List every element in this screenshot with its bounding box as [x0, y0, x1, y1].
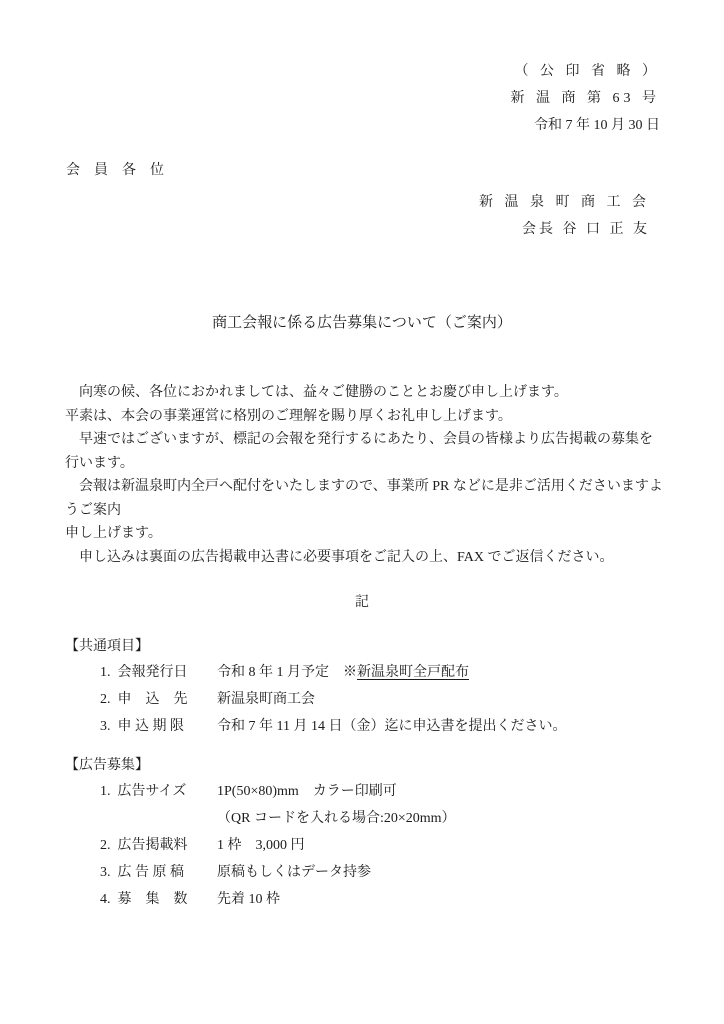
- body-text: 向寒の候、各位におかれましては、益々ご健勝のこととお慶び申し上げます。 平素は、…: [0, 381, 724, 569]
- list-item: 4.募 集 数 先着 10 枠: [0, 886, 724, 913]
- document-page: （ 公 印 省 略 ） 新 温 商 第 63 号 令和 7 年 10 月 30 …: [0, 0, 724, 1024]
- item-number: 3.: [100, 719, 111, 734]
- underlined-note: 新温泉町全戸配布: [357, 665, 469, 680]
- item-label: 申 込 先: [118, 692, 188, 707]
- body-line: 申し込みは裏面の広告掲載申込書に必要事項をご記入の上、FAX でご返信ください。: [65, 546, 664, 570]
- document-header: （ 公 印 省 略 ） 新 温 商 第 63 号 令和 7 年 10 月 30 …: [0, 58, 724, 139]
- body-line: 会報は新温泉町内全戸へ配付をいたしますので、事業所 PR などに是非ご活用くださ…: [65, 475, 664, 522]
- item-label: 広告サイズ: [118, 784, 187, 799]
- list-item-continuation: （QR コードを入れる場合:20×20mm）: [0, 805, 724, 832]
- sender-president: 会長 谷 口 正 友: [0, 216, 650, 243]
- item-label: 募 集 数: [118, 892, 188, 907]
- list-item: 2.申 込 先 新温泉町商工会: [0, 686, 724, 713]
- list-item: 3.広 告 原 稿 原稿もしくはデータ持参: [0, 859, 724, 886]
- section-heading: 【共通項目】: [0, 635, 724, 659]
- seal-omitted-note: （ 公 印 省 略 ）: [0, 58, 660, 85]
- list-item: 1.会報発行日 令和 8 年 1 月予定 ※新温泉町全戸配布: [0, 659, 724, 686]
- item-number: 1.: [100, 665, 111, 680]
- section-heading: 【広告募集】: [0, 754, 724, 778]
- body-line: 申し上げます。: [65, 522, 664, 546]
- item-number: 3.: [100, 865, 111, 880]
- document-title: 商工会報に係る広告募集について（ご案内）: [0, 313, 724, 333]
- item-value: 先着 10 枠: [217, 886, 724, 913]
- list-item: 1.広告サイズ 1P(50×80)mm カラー印刷可: [0, 778, 724, 805]
- section-common-items: 【共通項目】 1.会報発行日 令和 8 年 1 月予定 ※新温泉町全戸配布 2.…: [0, 635, 724, 740]
- record-mark: 記: [0, 591, 724, 615]
- item-number: 2.: [100, 692, 111, 707]
- item-value: 1 枠 3,000 円: [217, 832, 724, 859]
- item-value: 新温泉町商工会: [217, 686, 724, 713]
- item-number: 4.: [100, 892, 111, 907]
- body-line: 向寒の候、各位におかれましては、益々ご健勝のこととお慶び申し上げます。: [65, 381, 664, 405]
- item-number: 1.: [100, 784, 111, 799]
- list-item: 2.広告掲載料 1 枠 3,000 円: [0, 832, 724, 859]
- body-line: 平素は、本会の事業運営に格別のご理解を賜り厚くお礼申し上げます。: [65, 405, 664, 429]
- item-label: 申 込 期 限: [118, 719, 185, 734]
- section-ad-recruitment: 【広告募集】 1.広告サイズ 1P(50×80)mm カラー印刷可 （QR コー…: [0, 754, 724, 913]
- item-value: 令和 8 年 1 月予定 ※新温泉町全戸配布: [217, 659, 724, 686]
- item-value: 1P(50×80)mm カラー印刷可: [217, 778, 724, 805]
- sender-block: 新 温 泉 町 商 工 会 会長 谷 口 正 友: [0, 189, 724, 243]
- item-label: 会報発行日: [118, 665, 188, 680]
- item-label: 広告掲載料: [118, 838, 188, 853]
- list-item: 3.申 込 期 限 令和 7 年 11 月 14 日（金）迄に申込書を提出くださ…: [0, 713, 724, 740]
- item-number: 2.: [100, 838, 111, 853]
- item-label: 広 告 原 稿: [118, 865, 185, 880]
- item-value-line2: （QR コードを入れる場合:20×20mm）: [217, 805, 724, 832]
- recipient-line: 会 員 各 位: [0, 161, 724, 181]
- sender-organization: 新 温 泉 町 商 工 会: [0, 189, 650, 216]
- item-value: 原稿もしくはデータ持参: [217, 859, 724, 886]
- document-date: 令和 7 年 10 月 30 日: [0, 112, 660, 139]
- body-line: 早速ではございますが、標記の会報を発行するにあたり、会員の皆様より広告掲載の募集…: [65, 428, 664, 475]
- item-value: 令和 7 年 11 月 14 日（金）迄に申込書を提出ください。: [217, 713, 724, 740]
- document-number: 新 温 商 第 63 号: [0, 85, 660, 112]
